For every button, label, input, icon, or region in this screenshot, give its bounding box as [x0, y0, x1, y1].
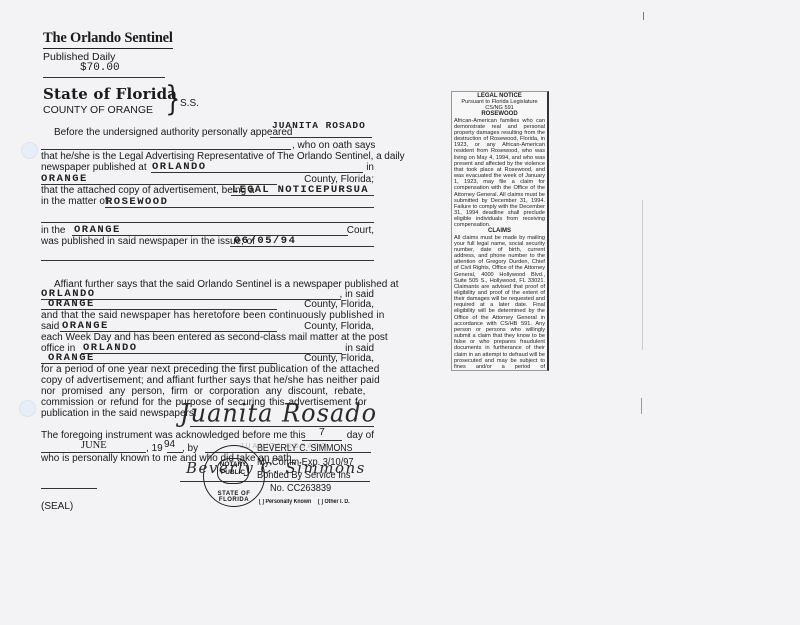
affidavit-line-3: that he/she is the Legal Advertising Rep…: [41, 151, 405, 163]
form-line: [41, 260, 374, 261]
day-of-label: day of: [340, 430, 374, 442]
seal-label: (SEAL): [41, 501, 73, 513]
county-field-2: ORANGE: [48, 298, 95, 310]
notary-seal-center: NOTARY PUBLIC: [217, 458, 249, 484]
ss-label: S.S.: [180, 98, 199, 109]
matter-field: ROSEWOOD: [106, 196, 168, 208]
affiant-name-field: JUANITA ROSADO: [272, 120, 366, 131]
in-label: in: [362, 162, 374, 174]
header-divider: [43, 77, 165, 78]
affidavit-line-1: Before the undersigned authority persona…: [54, 127, 293, 139]
county-field-4: ORANGE: [48, 352, 95, 364]
court-field: ORANGE: [74, 224, 121, 236]
affiant-signature: Juanita Rosado: [180, 398, 377, 427]
further-line-10: nor promised any person, firm or corpora…: [41, 386, 365, 398]
form-line: [41, 222, 374, 223]
price: $70.00: [80, 62, 120, 74]
seal-line: [41, 488, 97, 489]
binder-hole-top: [21, 142, 38, 159]
ad-type-field: LEGAL NOTICEPURSUA: [232, 184, 369, 196]
county-florida-3: County, Florida,: [278, 321, 374, 333]
notary-name: BEVERLY C. SIMMONS: [257, 442, 353, 455]
county-heading: COUNTY OF ORANGE: [43, 104, 153, 116]
ack-year-field: 94: [164, 439, 175, 451]
scan-mark: [641, 398, 642, 414]
scan-mark: [643, 12, 644, 20]
ack-day-field: 7: [319, 427, 325, 439]
state-heading: State of Florida: [43, 85, 177, 103]
further-line-12: publication in the said newspapers.: [41, 408, 197, 420]
newspaper-title: The Orlando Sentinel: [43, 30, 173, 49]
option-personally-known[interactable]: [ ] Personally Known: [259, 496, 311, 509]
option-other-id[interactable]: [ ] Other I. D.: [318, 496, 350, 509]
published-at-field: ORLANDO: [152, 161, 207, 173]
affiant-name-line: [270, 137, 372, 138]
brace: }: [165, 82, 180, 116]
form-line: [41, 149, 291, 150]
further-line-8: for a period of one year next preceding …: [41, 364, 379, 376]
seal-ring-text: STATE OF FLORIDA: [204, 491, 264, 503]
binder-hole-bottom: [19, 400, 36, 417]
affidavit-line-4: newspaper published at: [41, 162, 147, 174]
affidavit-line-9: was published in said newspaper in the i…: [41, 236, 255, 248]
county-field-3: ORANGE: [62, 320, 109, 332]
ack-month-field: JUNE: [81, 440, 107, 452]
county-florida-4: County, Florida,: [278, 353, 374, 365]
clipping-paragraph-2: All claims must be made by mailing your …: [454, 235, 545, 371]
notary-number: No. CC263839: [270, 482, 331, 495]
court-label: Court,: [344, 225, 374, 237]
affidavit-line-2: , who on oath says: [292, 140, 374, 152]
issue-date-field: 06/05/94: [234, 235, 296, 247]
further-line-9: copy of advertisement; and affiant furth…: [41, 375, 380, 387]
seal-text-public: PUBLIC: [218, 470, 248, 476]
county-field-1: ORANGE: [41, 173, 88, 185]
affidavit-line-7: in the matter of: [41, 196, 108, 208]
said-label: said: [41, 321, 59, 333]
notary-bonded: Bonded By Service Ins: [257, 469, 350, 482]
notary-comm-exp: My Comm Exp. 3/10/97: [257, 456, 354, 469]
scan-mark: [642, 200, 643, 350]
county-florida-2: County, Florida,: [278, 299, 374, 311]
legal-notice-clipping: LEGAL NOTICE Pursuant to Florida Legisla…: [451, 91, 549, 371]
affidavit-line-8: in the: [41, 225, 65, 237]
clipping-paragraph-1: African-American families who can demons…: [454, 118, 545, 229]
affidavit-line-6: that the attached copy of advertisement,…: [41, 185, 254, 197]
